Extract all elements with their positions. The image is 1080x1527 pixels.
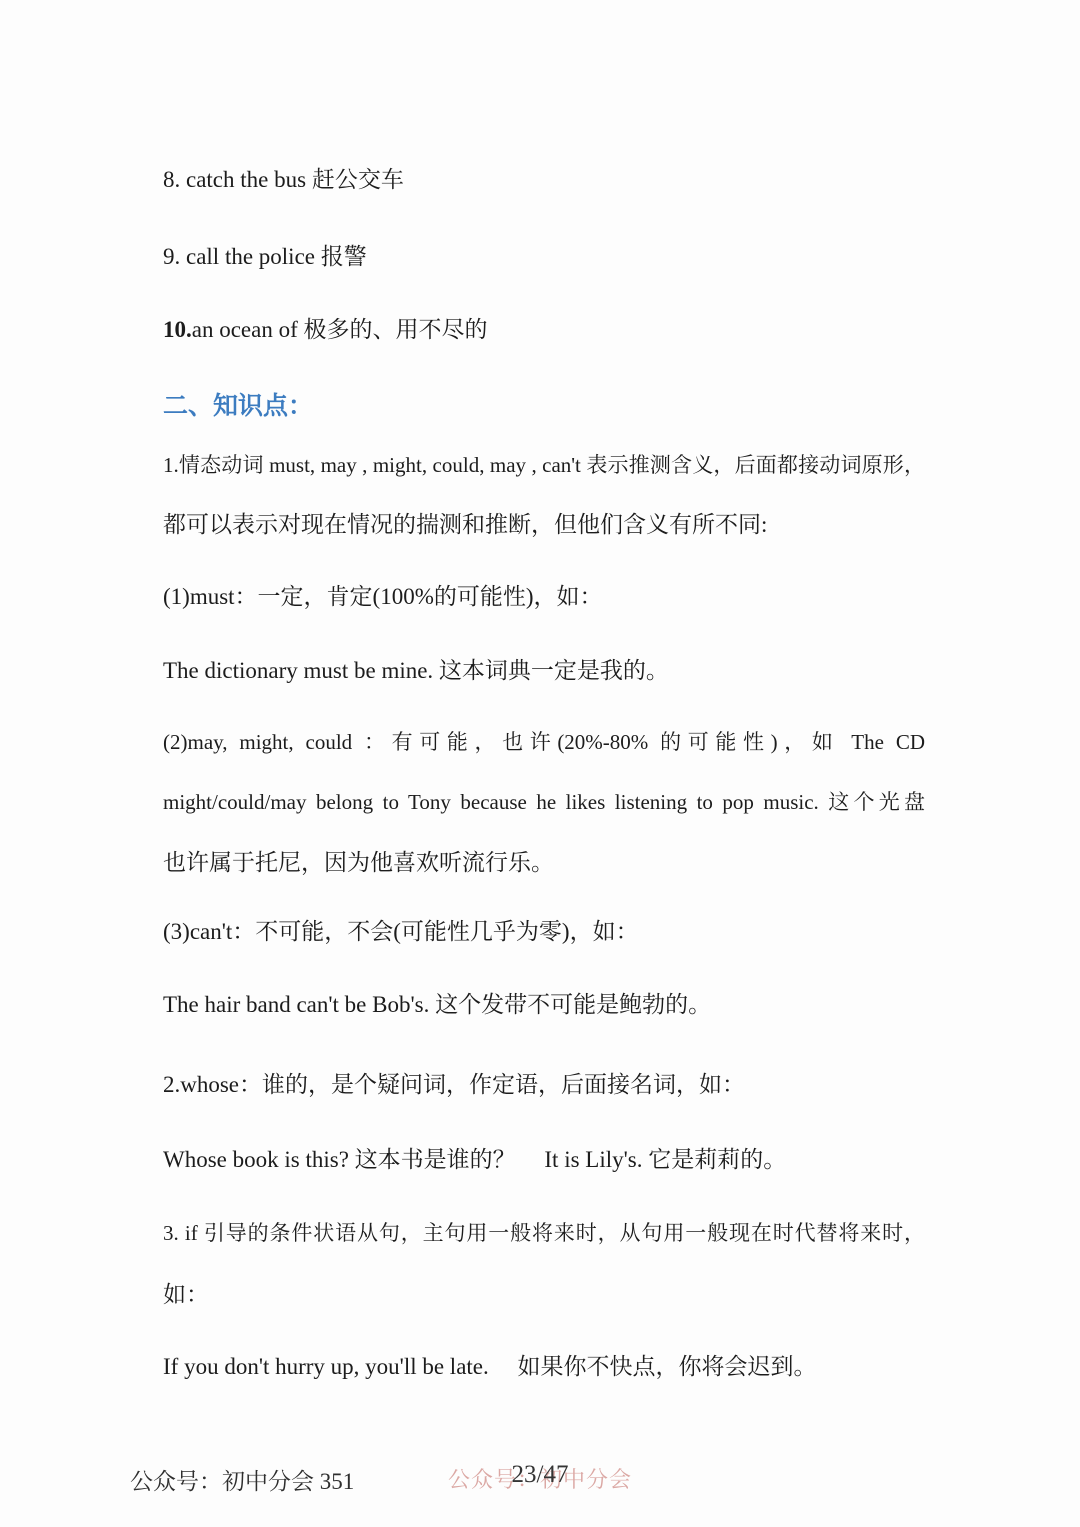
point3-line2: 如：: [163, 1279, 925, 1310]
point1-sub2-definition: (2)may, might, could ：有可能，也许(20%-80% 的可能…: [163, 727, 925, 758]
section-heading: 二、知识点：: [163, 391, 925, 422]
vocab-item-10-number: 10.: [163, 317, 192, 342]
point1-line1: 1.情态动词 must, may , might, could, may , c…: [163, 450, 925, 481]
vocab-item-10: 10.an ocean of 极多的、用不尽的: [163, 314, 925, 345]
point3-example: If you don't hurry up, you'll be late. 如…: [163, 1351, 925, 1382]
vocab-item-9: 9. call the police 报警: [163, 241, 925, 272]
point3-line1: 3. if 引导的条件状语从句，主句用一般将来时，从句用一般现在时代替将来时，: [163, 1218, 925, 1249]
vocab-item-10-text: an ocean of 极多的、用不尽的: [192, 317, 488, 342]
vocab-item-8: 8. catch the bus 赶公交车: [163, 164, 925, 195]
footer-center-group: 公众号：初中分会 23/47: [0, 1463, 1080, 1494]
point1-sub1-definition: (1)must：一定，肯定(100%的可能性)，如：: [163, 581, 925, 612]
point1-line2: 都可以表示对现在情况的揣测和推断，但他们含义有所不同:: [163, 509, 925, 540]
point2-example: Whose book is this? 这本书是谁的？ It is Lily's…: [163, 1144, 925, 1175]
point1-sub1-example: The dictionary must be mine. 这本词典一定是我的。: [163, 655, 925, 686]
point2-definition: 2.whose：谁的，是个疑问词，作定语，后面接名词，如：: [163, 1069, 925, 1100]
point1-sub3-example: The hair band can't be Bob's. 这个发带不可能是鲍勃…: [163, 989, 925, 1020]
page-number: 23/47: [512, 1461, 569, 1489]
point1-sub2-example-english: might/could/may belong to Tony because h…: [163, 787, 925, 818]
document-page: 8. catch the bus 赶公交车 9. call the police…: [0, 0, 1080, 1527]
point1-sub2-example-chinese: 也许属于托尼，因为他喜欢听流行乐。: [163, 847, 925, 878]
point1-sub3-definition: (3)can't：不可能，不会(可能性几乎为零)，如：: [163, 916, 925, 947]
